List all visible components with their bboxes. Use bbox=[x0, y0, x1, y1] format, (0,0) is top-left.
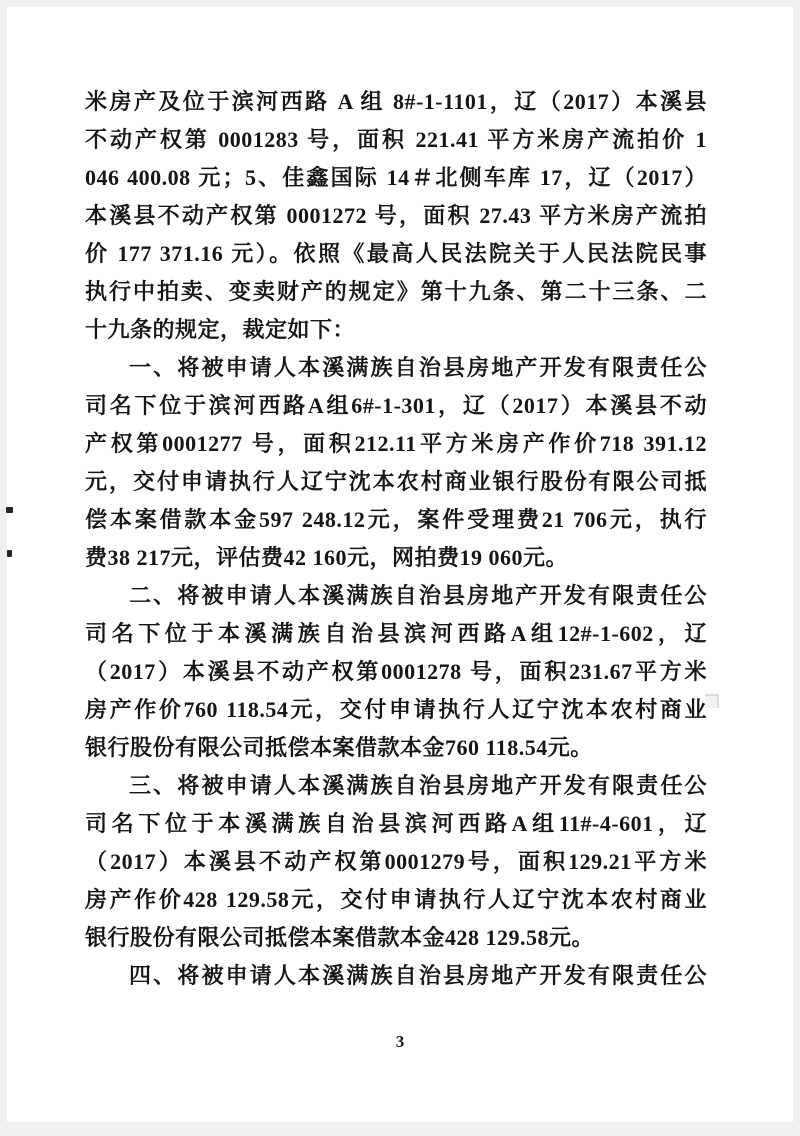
doc-line: 司名下位于滨河西路A组6#-1-301，辽（2017）本溪县不动 bbox=[85, 387, 707, 425]
doc-line: （2017）本溪县不动产权第0001279号，面积129.21平方米 bbox=[85, 843, 707, 881]
doc-line: 一、将被申请人本溪满族自治县房地产开发有限责任公 bbox=[85, 349, 707, 387]
doc-line: 银行股份有限公司抵偿本案借款本金428 129.58元。 bbox=[85, 919, 707, 957]
scan-artifact-dot bbox=[7, 550, 12, 557]
doc-line: 偿本案借款本金597 248.12元，案件受理费21 706元，执行 bbox=[85, 501, 707, 539]
doc-line: 四、将被申请人本溪满族自治县房地产开发有限责任公 bbox=[85, 957, 707, 995]
doc-line: 银行股份有限公司抵偿本案借款本金760 118.54元。 bbox=[85, 729, 707, 767]
doc-line: 产权第0001277 号，面积212.11平方米房产作价718 391.12 bbox=[85, 425, 707, 463]
doc-line: 元，交付申请执行人辽宁沈本农村商业银行股份有限公司抵 bbox=[85, 463, 707, 501]
doc-line: 执行中拍卖、变卖财产的规定》第十九条、第二十三条、二 bbox=[85, 273, 707, 311]
doc-line: 司名下位于本溪满族自治县滨河西路A组12#-1-602，辽 bbox=[85, 615, 707, 653]
page-number: 3 bbox=[7, 1032, 793, 1052]
doc-line: 司名下位于本溪满族自治县滨河西路A组11#-4-601，辽 bbox=[85, 805, 707, 843]
doc-line: 不动产权第 0001283 号，面积 221.41 平方米房产流拍价 1 bbox=[85, 121, 707, 159]
doc-line: 房产作价760 118.54元，交付申请执行人辽宁沈本农村商业 bbox=[85, 691, 707, 729]
doc-line: 十九条的规定，裁定如下： bbox=[85, 311, 707, 349]
doc-line: 房产作价428 129.58元，交付申请执行人辽宁沈本农村商业 bbox=[85, 881, 707, 919]
doc-line: 本溪县不动产权第 0001272 号，面积 27.43 平方米房产流拍 bbox=[85, 197, 707, 235]
doc-line: （2017）本溪县不动产权第0001278 号，面积231.67平方米 bbox=[85, 653, 707, 691]
scan-artifact-dot bbox=[6, 507, 13, 513]
doc-line: 米房产及位于滨河西路 A 组 8#-1-1101，辽（2017）本溪县 bbox=[85, 83, 707, 121]
document-page: 米房产及位于滨河西路 A 组 8#-1-1101，辽（2017）本溪县不动产权第… bbox=[7, 7, 793, 1122]
doc-line: 费38 217元，评估费42 160元，网拍费19 060元。 bbox=[85, 539, 707, 577]
doc-line: 三、将被申请人本溪满族自治县房地产开发有限责任公 bbox=[85, 767, 707, 805]
screenshot-root: { "page": { "number": "3" }, "colors": {… bbox=[0, 0, 800, 1136]
doc-line: 价 177 371.16 元）。依照《最高人民法院关于人民法院民事 bbox=[85, 235, 707, 273]
doc-line: 二、将被申请人本溪满族自治县房地产开发有限责任公 bbox=[85, 577, 707, 615]
document-body-text: 米房产及位于滨河西路 A 组 8#-1-1101，辽（2017）本溪县不动产权第… bbox=[85, 83, 707, 995]
doc-line: 046 400.08 元；5、佳鑫国际 14＃北侧车库 17，辽（2017） bbox=[85, 159, 707, 197]
scan-artifact-smudge bbox=[705, 694, 719, 708]
